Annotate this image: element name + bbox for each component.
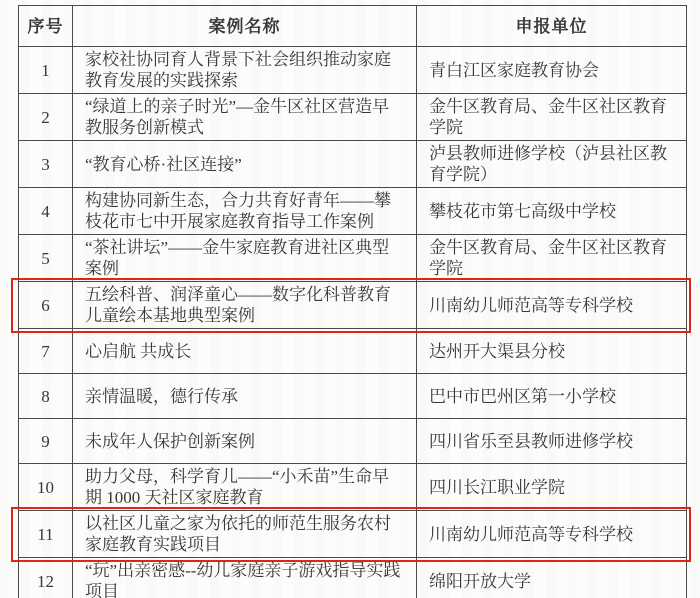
cell-name: 心启航 共成长 [73, 329, 417, 374]
table-row: 9未成年人保护创新案例四川省乐至县教师进修学校 [19, 419, 687, 464]
cell-no: 11 [19, 511, 73, 558]
cell-no: 10 [19, 464, 73, 511]
table-row: 4构建协同新生态，合力共育好青年——攀枝花市七中开展家庭教育指导工作案例攀枝花市… [19, 188, 687, 235]
cell-no: 3 [19, 141, 73, 188]
cell-unit: 金牛区教育局、金牛区社区教育学院 [417, 94, 687, 141]
cell-unit: 绵阳开放大学 [417, 558, 687, 598]
table-row: 2“绿道上的亲子时光”—金牛区社区营造早教服务创新模式金牛区教育局、金牛区社区教… [19, 94, 687, 141]
header-no: 序号 [19, 6, 73, 47]
table-row: 6五绘科普、润泽童心——数字化科普教育儿童绘本基地典型案例川南幼儿师范高等专科学… [19, 282, 687, 329]
cell-no: 9 [19, 419, 73, 464]
cell-name: “茶社讲坛”——金牛家庭教育进社区典型案例 [73, 235, 417, 282]
cell-unit: 青白江区家庭教育协会 [417, 47, 687, 94]
header-row: 序号 案例名称 申报单位 [19, 6, 687, 47]
cell-unit: 川南幼儿师范高等专科学校 [417, 282, 687, 329]
table-row: 12“玩”出亲密感--幼儿家庭亲子游戏指导实践项目绵阳开放大学 [19, 558, 687, 598]
cell-unit: 金牛区教育局、金牛区社区教育学院 [417, 235, 687, 282]
cell-unit: 泸县教师进修学校（泸县社区教育学院） [417, 141, 687, 188]
cases-table: 序号 案例名称 申报单位 1家校社协同育人背景下社会组织推动家庭教育发展的实践探… [18, 5, 687, 598]
document-page: 序号 案例名称 申报单位 1家校社协同育人背景下社会组织推动家庭教育发展的实践探… [0, 0, 700, 598]
cell-name: “教育心桥·社区连接” [73, 141, 417, 188]
table-body: 1家校社协同育人背景下社会组织推动家庭教育发展的实践探索青白江区家庭教育协会2“… [19, 47, 687, 598]
cell-name: 家校社协同育人背景下社会组织推动家庭教育发展的实践探索 [73, 47, 417, 94]
table-header: 序号 案例名称 申报单位 [19, 6, 687, 47]
table-row: 11以社区儿童之家为依托的师范生服务农村家庭教育实践项目川南幼儿师范高等专科学校 [19, 511, 687, 558]
cell-no: 8 [19, 374, 73, 419]
table-row: 10助力父母，科学育儿——“小禾苗”生命早期 1000 天社区家庭教育四川长江职… [19, 464, 687, 511]
cell-name: 五绘科普、润泽童心——数字化科普教育儿童绘本基地典型案例 [73, 282, 417, 329]
cell-no: 6 [19, 282, 73, 329]
table-row: 3“教育心桥·社区连接”泸县教师进修学校（泸县社区教育学院） [19, 141, 687, 188]
cell-unit: 四川省乐至县教师进修学校 [417, 419, 687, 464]
cell-unit: 达州开大渠县分校 [417, 329, 687, 374]
cell-name: “玩”出亲密感--幼儿家庭亲子游戏指导实践项目 [73, 558, 417, 598]
cell-name: 构建协同新生态，合力共育好青年——攀枝花市七中开展家庭教育指导工作案例 [73, 188, 417, 235]
cell-unit: 攀枝花市第七高级中学校 [417, 188, 687, 235]
cell-no: 5 [19, 235, 73, 282]
cell-no: 1 [19, 47, 73, 94]
table-row: 5“茶社讲坛”——金牛家庭教育进社区典型案例金牛区教育局、金牛区社区教育学院 [19, 235, 687, 282]
table-row: 1家校社协同育人背景下社会组织推动家庭教育发展的实践探索青白江区家庭教育协会 [19, 47, 687, 94]
cell-name: “绿道上的亲子时光”—金牛区社区营造早教服务创新模式 [73, 94, 417, 141]
cell-unit: 川南幼儿师范高等专科学校 [417, 511, 687, 558]
table-row: 7心启航 共成长达州开大渠县分校 [19, 329, 687, 374]
cell-no: 4 [19, 188, 73, 235]
cell-unit: 四川长江职业学院 [417, 464, 687, 511]
cell-no: 7 [19, 329, 73, 374]
cell-no: 12 [19, 558, 73, 598]
header-unit: 申报单位 [417, 6, 687, 47]
cell-unit: 巴中市巴州区第一小学校 [417, 374, 687, 419]
header-name: 案例名称 [73, 6, 417, 47]
table-row: 8亲情温暖，德行传承巴中市巴州区第一小学校 [19, 374, 687, 419]
cell-name: 亲情温暖，德行传承 [73, 374, 417, 419]
cell-name: 以社区儿童之家为依托的师范生服务农村家庭教育实践项目 [73, 511, 417, 558]
cell-name: 助力父母，科学育儿——“小禾苗”生命早期 1000 天社区家庭教育 [73, 464, 417, 511]
cell-name: 未成年人保护创新案例 [73, 419, 417, 464]
cell-no: 2 [19, 94, 73, 141]
